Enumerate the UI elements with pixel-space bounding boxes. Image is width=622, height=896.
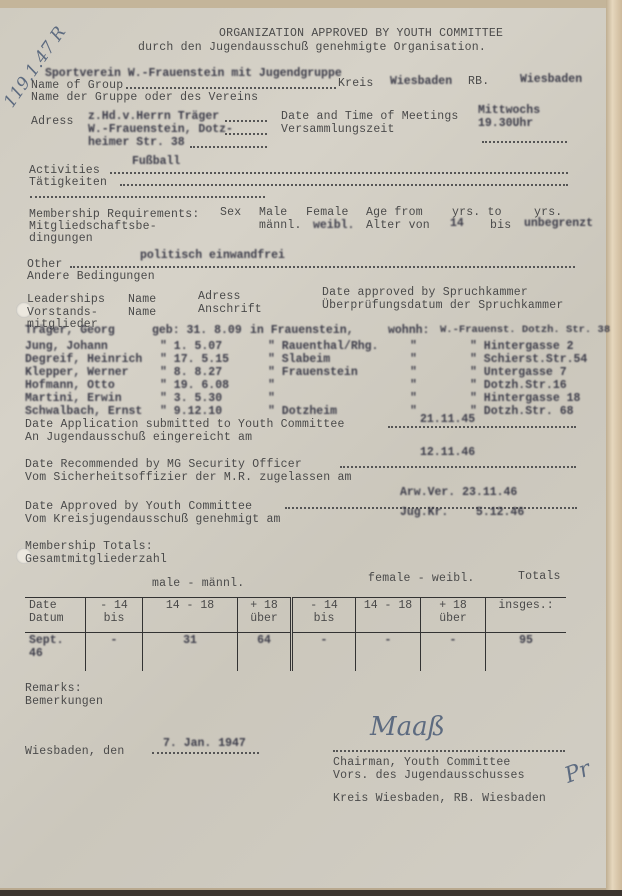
submitted-dots xyxy=(388,426,576,428)
meetings-label-de: Versammlungszeit xyxy=(281,123,395,136)
leader-place: " Dotzheim xyxy=(268,405,337,418)
leader-place: " Rauenthal/Rhg. xyxy=(268,340,378,353)
row-female-under14: - xyxy=(292,633,356,672)
leader-wohnh: " xyxy=(410,353,417,366)
leader-place: " xyxy=(268,392,275,405)
row-date: Sept.46 xyxy=(25,633,86,672)
leader-born: geb: 31. 8.09 xyxy=(152,324,242,337)
leader-address: " Untergasse 7 xyxy=(470,366,567,379)
other-dots xyxy=(70,266,575,268)
address-label: Adress xyxy=(31,115,74,128)
row-female-over18: - xyxy=(421,633,486,672)
col-male-14-18: 14 - 18 xyxy=(143,598,238,633)
activities-dots-2 xyxy=(120,184,568,186)
leader-born: " 1. 5.07 xyxy=(160,340,222,353)
leader-name: Träger, Georg xyxy=(25,324,115,337)
leader-born: " 17. 5.15 xyxy=(160,353,229,366)
leader-place: " Slabeim xyxy=(268,353,330,366)
row-male-14-18: 31 xyxy=(143,633,238,672)
leader-place: " xyxy=(268,379,275,392)
col-total: insges.: xyxy=(486,598,567,633)
spruchkammer-header-en: Date approved by Spruchkammer xyxy=(322,286,528,299)
meetings-label-en: Date and Time of Meetings xyxy=(281,110,459,123)
rb-label: RB. xyxy=(468,75,489,88)
leaderships-header: Leaderships xyxy=(27,293,105,306)
submitted-label-en: Date Application submitted to Youth Comm… xyxy=(25,418,345,431)
chairman-de: Vors. des Jugendausschusses xyxy=(333,769,525,782)
recommended-label-de: Vom Sicherheitsoffizier der M.R. zugelas… xyxy=(25,471,352,484)
leader-wohnh: " xyxy=(410,392,417,405)
leader-born: " 9.12.10 xyxy=(160,405,222,418)
address-line-3: heimer Str. 38 xyxy=(88,136,185,149)
activities-dots xyxy=(110,172,568,174)
leader-address: " Hintergasse 2 xyxy=(470,340,574,353)
leader-address: " Schierst.Str.54 xyxy=(470,353,587,366)
requirements-label-de-2: dingungen xyxy=(29,232,93,245)
col-date: DateDatum xyxy=(25,598,86,633)
signing-date: 7. Jan. 1947 xyxy=(163,737,246,750)
chairman-en: Chairman, Youth Committee xyxy=(333,756,511,769)
chairman-signature: Maaß xyxy=(370,712,445,742)
totals-data-row: Sept.46 - 31 64 - - - 95 xyxy=(25,633,566,672)
approved-label-de: Vom Kreisjugendausschuß genehmigt am xyxy=(25,513,281,526)
title-de: durch den Jugendausschuß genehmigte Orga… xyxy=(138,41,486,54)
leader-wohnh: " xyxy=(410,366,417,379)
date-dots xyxy=(152,752,259,754)
totals-group-header: Totals xyxy=(518,570,561,583)
submitted-value: 21.11.45 xyxy=(420,413,475,426)
approved-value-1: Arw.Ver. 23.11.46 xyxy=(400,486,517,499)
address-dots-1 xyxy=(225,120,267,122)
address-dots-3 xyxy=(190,146,267,148)
leader-wohnh: " xyxy=(410,405,417,418)
leader-born: " 8. 8.27 xyxy=(160,366,222,379)
membership-totals-table: DateDatum - 14bis 14 - 18 + 18über - 14b… xyxy=(25,597,566,671)
other-label-de: Andere Bedingungen xyxy=(27,270,155,283)
paper-background-top xyxy=(0,0,622,8)
leader-place: in Frauenstein, xyxy=(250,324,354,337)
submitted-label-de: An Jugendausschuß eingereicht am xyxy=(25,431,252,444)
female-en: Female xyxy=(306,206,349,219)
col-female-under14: - 14bis xyxy=(292,598,356,633)
age-to-value: unbegrenzt xyxy=(524,217,593,230)
row-male-over18: 64 xyxy=(238,633,292,672)
activities-label-de: Tätigkeiten xyxy=(29,176,107,189)
female-de-struck: weibl. xyxy=(313,219,354,232)
address-line-2: W.-Frauenstein, Dotz- xyxy=(88,123,233,136)
leader-name: Hofmann, Otto xyxy=(25,379,115,392)
col-male-over18: + 18über xyxy=(238,598,292,633)
adress-header-de: Anschrift xyxy=(198,303,262,316)
leader-address: " Dotzh.Str. 68 xyxy=(470,405,574,418)
leader-name: Jung, Johann xyxy=(25,340,108,353)
approved-label-en: Date Approved by Youth Committee xyxy=(25,500,252,513)
kreis-label: Kreis xyxy=(338,77,374,90)
row-female-14-18: - xyxy=(356,633,421,672)
recommended-value: 12.11.46 xyxy=(420,446,475,459)
recommended-dots xyxy=(340,466,576,468)
paper-stack-edge xyxy=(606,0,622,896)
activities-value: Fußball xyxy=(132,155,180,168)
name-header-de: Name xyxy=(128,306,156,319)
group-dots xyxy=(126,87,336,89)
leader-address: " Dotzh.Str.16 xyxy=(470,379,567,392)
recommended-label-en: Date Recommended by MG Security Officer xyxy=(25,458,302,471)
table-edge xyxy=(0,890,622,896)
female-group-header: female - weibl. xyxy=(368,572,475,585)
leader-wohnh: wohnh: xyxy=(388,324,429,337)
signature-dots xyxy=(333,750,565,752)
sex-label: Sex xyxy=(220,206,241,219)
leader-name: Martini, Erwin xyxy=(25,392,122,405)
col-female-14-18: 14 - 18 xyxy=(356,598,421,633)
meetings-day: Mittwochs xyxy=(478,104,540,117)
kreis-value: Wiesbaden xyxy=(390,75,452,88)
address-line-1: z.Hd.v.Herrn Träger xyxy=(88,110,219,123)
row-male-under14: - xyxy=(86,633,143,672)
male-group-header: male - männl. xyxy=(152,577,244,590)
group-label-de: Name der Gruppe oder des Vereins xyxy=(31,91,258,104)
leader-wohnh: " xyxy=(410,340,417,353)
leader-wohnh: " xyxy=(410,379,417,392)
rb-value: Wiesbaden xyxy=(520,73,582,86)
age-from-value: 14 xyxy=(450,217,464,230)
meetings-dots-3 xyxy=(482,141,567,143)
other-value: politisch einwandfrei xyxy=(140,249,285,262)
leader-born: " 3. 5.30 xyxy=(160,392,222,405)
totals-label-de: Gesamtmitgliederzahl xyxy=(25,553,167,566)
male-en: Male xyxy=(259,206,287,219)
title-en: ORGANIZATION APPROVED BY YOUTH COMMITTEE xyxy=(219,27,503,40)
remarks-label-en: Remarks: xyxy=(25,682,82,695)
spruchkammer-header-de: Überprüfungsdatum der Spruchkammer xyxy=(322,299,563,312)
row-total: 95 xyxy=(486,633,567,672)
meetings-time: 19.30Uhr xyxy=(478,117,533,130)
bis-label: bis xyxy=(490,219,511,232)
place-label: Wiesbaden, den xyxy=(25,745,124,758)
activities-dots-3 xyxy=(30,196,265,198)
leader-address: " Hintergasse 18 xyxy=(470,392,580,405)
adress-header-en: Adress xyxy=(198,290,241,303)
age-from-en: Age from xyxy=(366,206,423,219)
leader-name: Schwalbach, Ernst xyxy=(25,405,142,418)
leader-name: Klepper, Werner xyxy=(25,366,129,379)
approved-value-2: Jug.Kr. 5.12.46 xyxy=(400,506,524,519)
male-de: männl. xyxy=(259,219,302,232)
leader-place: " Frauenstein xyxy=(268,366,358,379)
totals-label-en: Membership Totals: xyxy=(25,540,153,553)
leader-born: " 19. 6.08 xyxy=(160,379,229,392)
col-female-over18: + 18über xyxy=(421,598,486,633)
totals-header-row: DateDatum - 14bis 14 - 18 + 18über - 14b… xyxy=(25,598,566,633)
remarks-label-de: Bemerkungen xyxy=(25,695,103,708)
leader-address: W.-Frauenst. Dotzh. Str. 38 xyxy=(440,324,610,337)
kreis-line: Kreis Wiesbaden, RB. Wiesbaden xyxy=(333,792,546,805)
leader-name: Degreif, Heinrich xyxy=(25,353,142,366)
age-from-de: Alter von xyxy=(366,219,430,232)
col-male-under14: - 14bis xyxy=(86,598,143,633)
name-header-en: Name xyxy=(128,293,156,306)
address-dots-2 xyxy=(225,133,267,135)
